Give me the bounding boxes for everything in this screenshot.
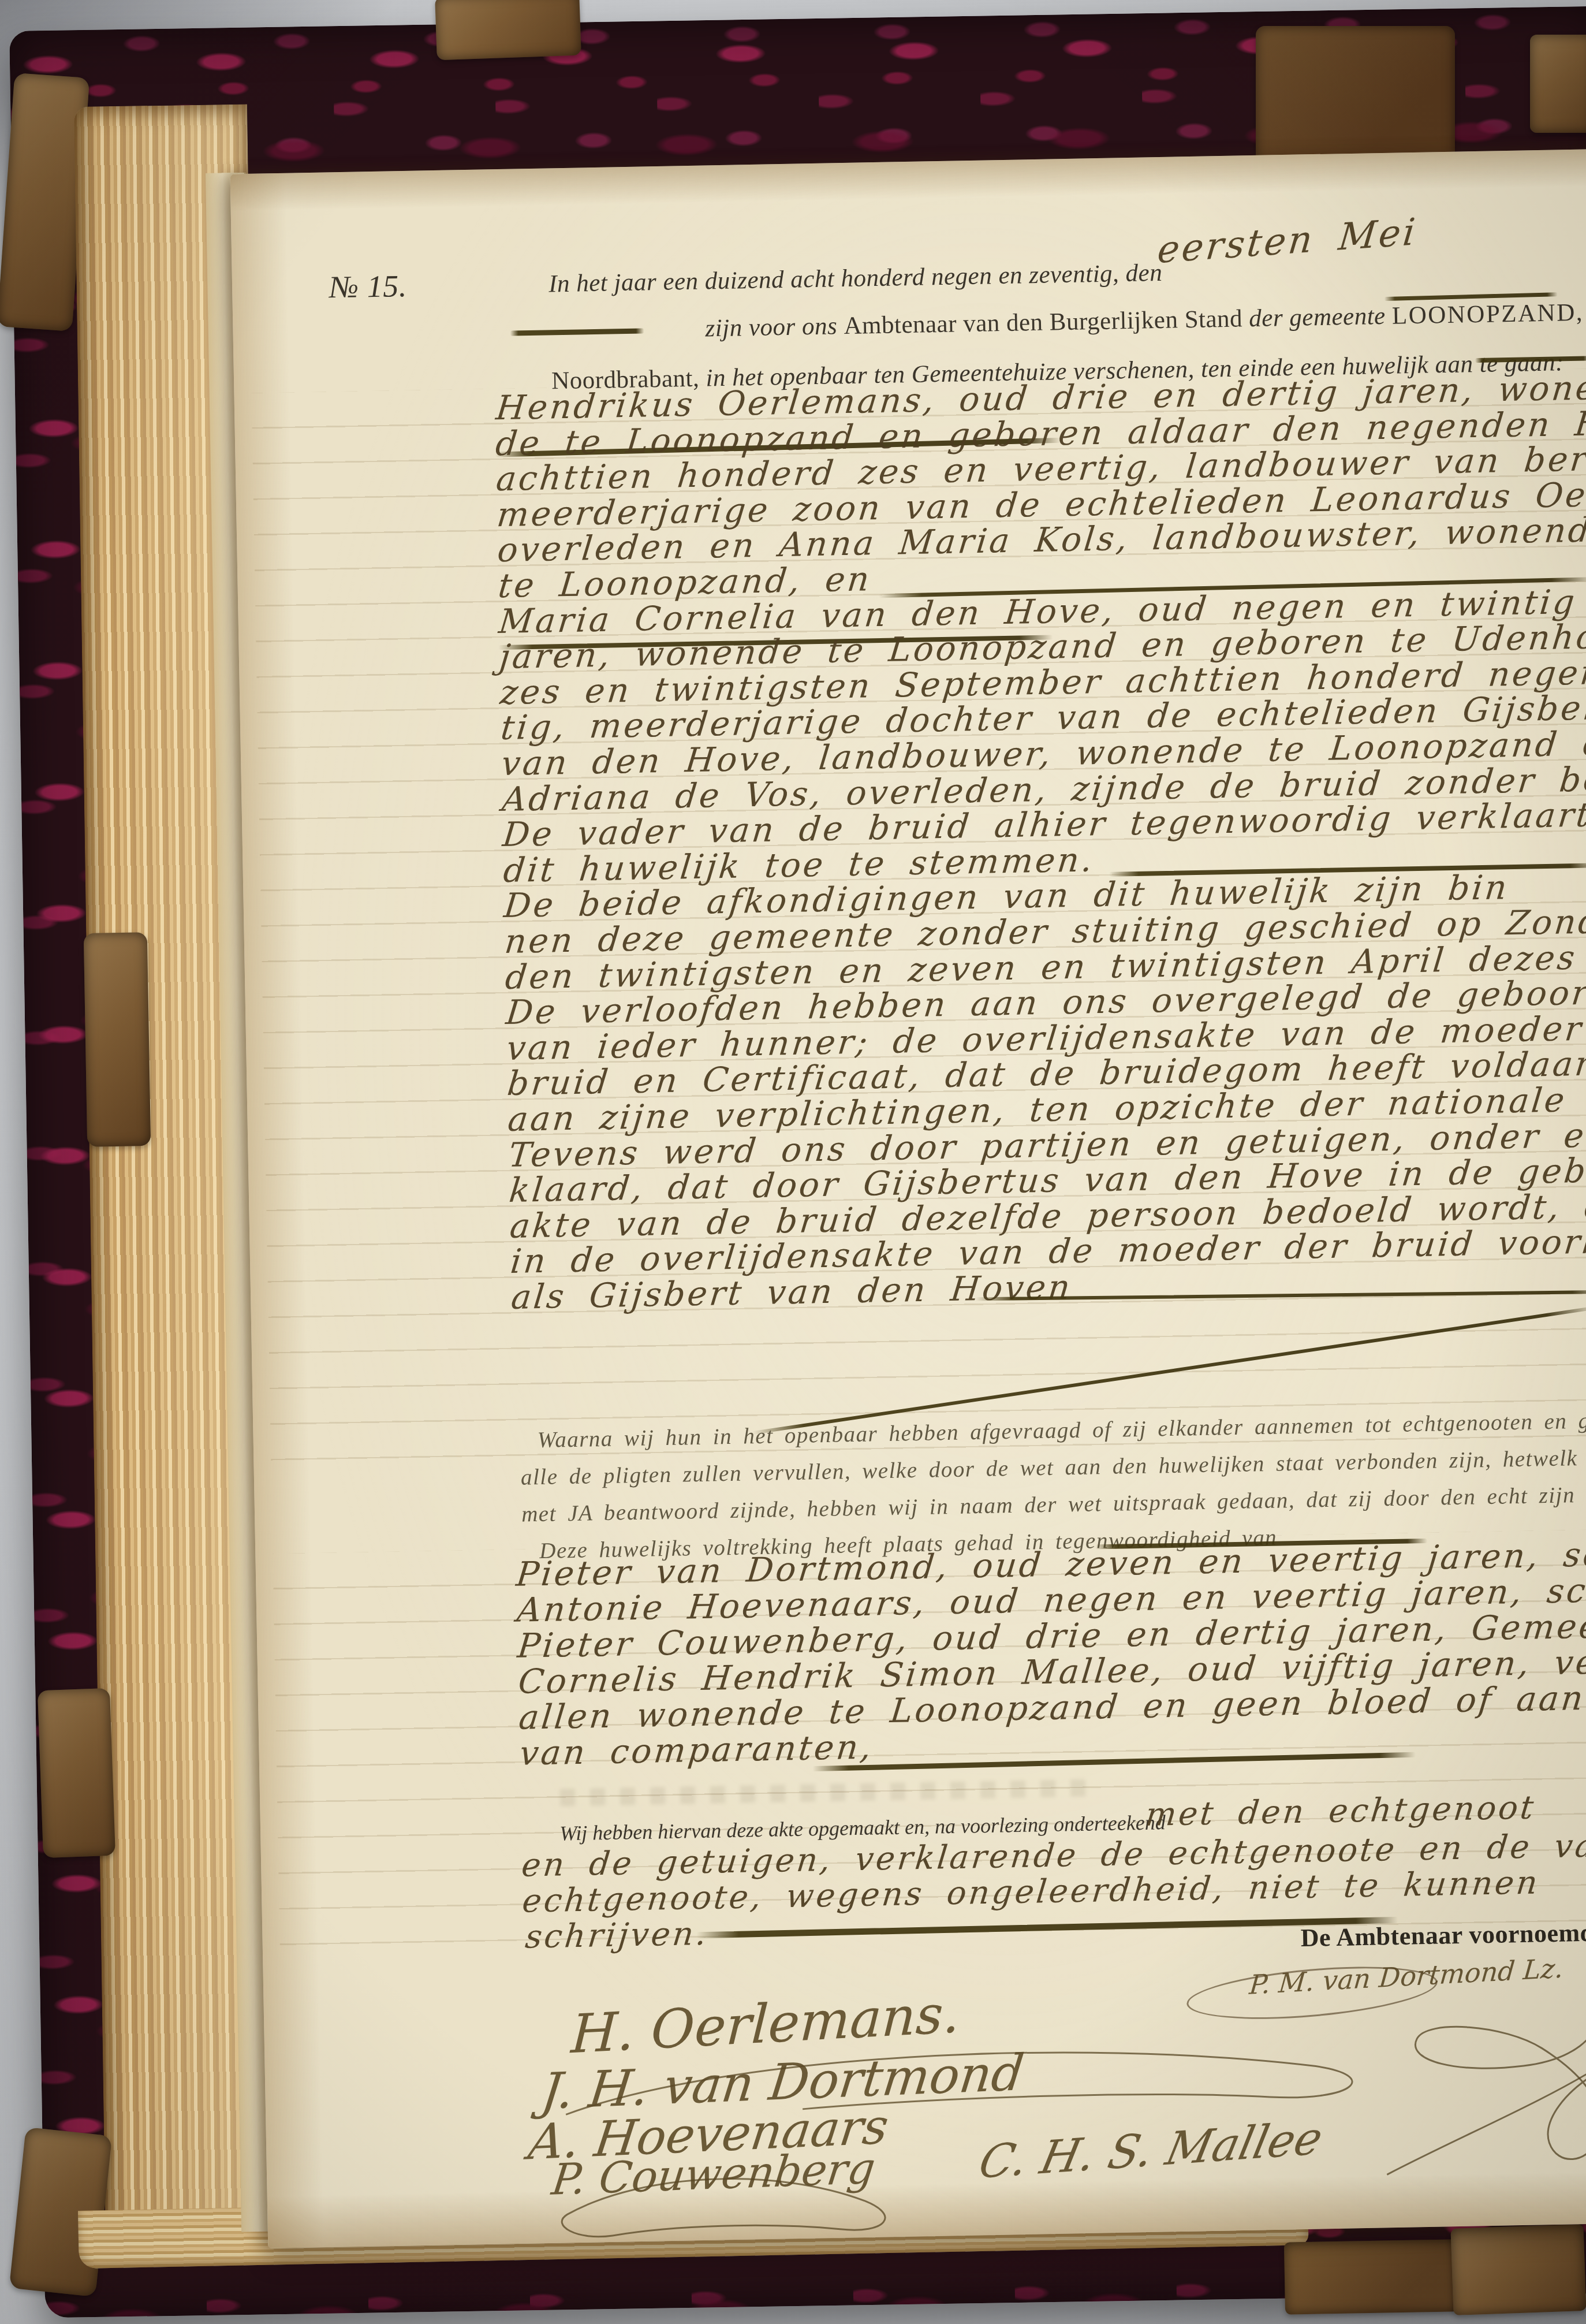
register-book-photo: № 15. In het jaar een duizend acht honde… bbox=[0, 0, 1586, 2324]
act-line: als Gijsbert van den Hoven bbox=[510, 1270, 1074, 1314]
leather-block-bottom-2 bbox=[1450, 2224, 1586, 2315]
official-title: De Ambtenaar voornoemd, bbox=[1300, 1917, 1586, 1953]
closing-hand-line: met den echtgenoot bbox=[1144, 1792, 1537, 1831]
witness-line: van comparanten, bbox=[518, 1730, 875, 1770]
vow-paragraph-line: Waarna wij hun in het openbaar hebben af… bbox=[537, 1406, 1586, 1453]
signature-loop-flourish bbox=[558, 2174, 917, 2250]
header-line-1: In het jaar een duizend acht honderd neg… bbox=[548, 259, 1163, 298]
closing-hand-line: schrijven. bbox=[524, 1918, 710, 1954]
header-line2-italic1: zijn voor ons bbox=[705, 312, 838, 342]
leather-patch-top bbox=[435, 0, 581, 60]
header-line2-italic2: der gemeente bbox=[1249, 303, 1386, 332]
leather-block-top-right bbox=[1256, 26, 1455, 167]
leather-block-bottom-1 bbox=[1284, 2239, 1458, 2314]
filler-rule-closing bbox=[696, 1917, 1398, 1939]
act-number: № 15. bbox=[329, 268, 408, 305]
filler-rule-witnesses-end bbox=[812, 1752, 1416, 1772]
leather-tab-lower bbox=[38, 1688, 115, 1858]
header-line2-roman: Ambtenaar van den Burgerlijken Stand bbox=[844, 305, 1242, 340]
leather-tab-upper bbox=[84, 932, 151, 1147]
bleed-through-text bbox=[560, 1779, 1097, 1806]
leather-patch-top-far-right bbox=[1530, 35, 1586, 133]
document-page: № 15. In het jaar een duizend acht honde… bbox=[230, 148, 1586, 2248]
header-line-2: zijn voor ons Ambtenaar van den Burgerli… bbox=[705, 296, 1586, 342]
party-signature: C. H. S. Mallee bbox=[975, 2112, 1327, 2189]
header-date-handwritten: eersten Mei bbox=[1156, 214, 1419, 269]
header-municipality: LOONOPZAND, bbox=[1392, 299, 1584, 330]
filler-rule-pre-line2 bbox=[510, 328, 644, 336]
